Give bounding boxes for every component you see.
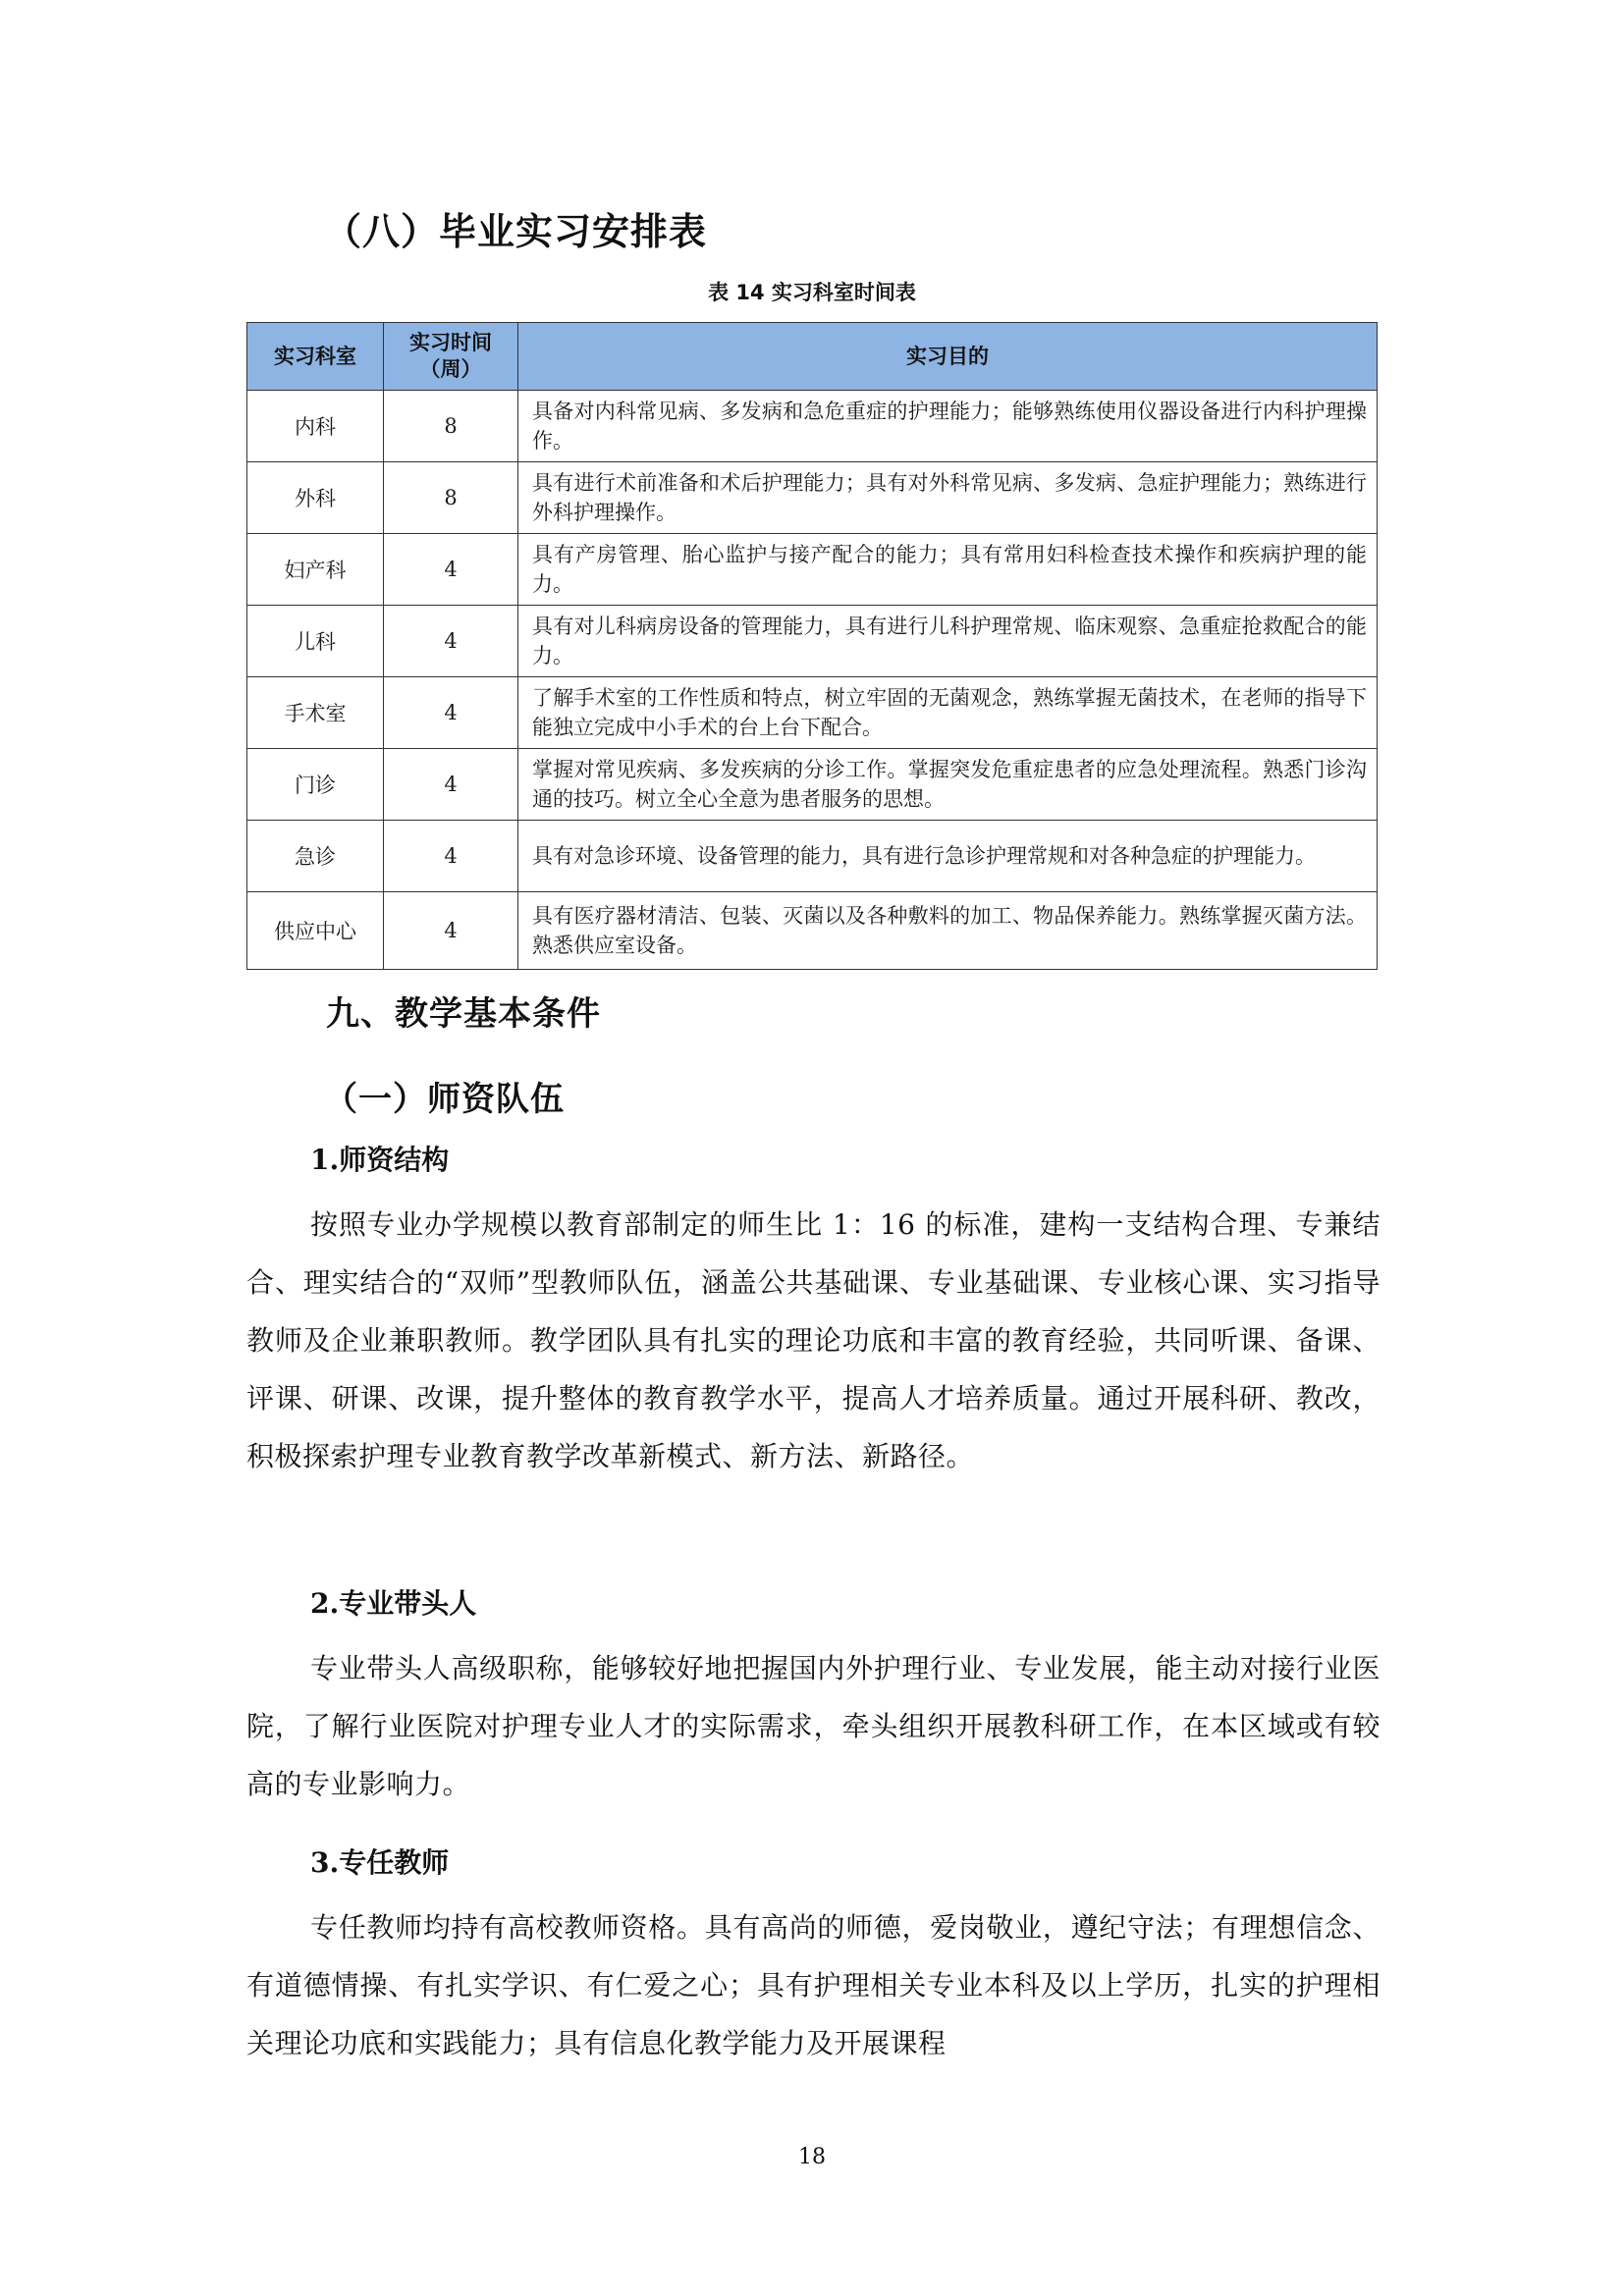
table-caption: 表 14 实习科室时间表 bbox=[0, 277, 1624, 306]
page-number: 18 bbox=[0, 2145, 1624, 2169]
column-header-weeks: 实习时间 （周） bbox=[384, 323, 518, 391]
column-header-weeks-line2: （周） bbox=[384, 356, 517, 383]
cell-purpose: 具有进行术前准备和术后护理能力；具有对外科常见病、多发病、急症护理能力；熟练进行… bbox=[518, 462, 1378, 534]
table-row: 妇产科 4 具有产房管理、胎心监护与接产配合的能力；具有常用妇科检查技术操作和疾… bbox=[247, 534, 1378, 606]
cell-purpose: 具备对内科常见病、多发病和急危重症的护理能力；能够熟练使用仪器设备进行内科护理操… bbox=[518, 391, 1378, 462]
cell-purpose: 具有对儿科病房设备的管理能力，具有进行儿科护理常规、临床观察、急重症抢救配合的能… bbox=[518, 606, 1378, 677]
cell-weeks: 4 bbox=[384, 534, 518, 606]
cell-weeks: 4 bbox=[384, 677, 518, 749]
document-page: （八）毕业实习安排表 表 14 实习科室时间表 实习科室 实习时间 （周） 实习… bbox=[0, 0, 1624, 2296]
column-header-purpose: 实习目的 bbox=[518, 323, 1378, 391]
cell-weeks: 8 bbox=[384, 462, 518, 534]
cell-weeks: 4 bbox=[384, 606, 518, 677]
table-row: 门诊 4 掌握对常见疾病、多发疾病的分诊工作。掌握突发危重症患者的应急处理流程。… bbox=[247, 749, 1378, 821]
cell-purpose: 具有对急诊环境、设备管理的能力，具有进行急诊护理常规和对各种急症的护理能力。 bbox=[518, 821, 1378, 892]
table-row: 儿科 4 具有对儿科病房设备的管理能力，具有进行儿科护理常规、临床观察、急重症抢… bbox=[247, 606, 1378, 677]
table-header-row: 实习科室 实习时间 （周） 实习目的 bbox=[247, 323, 1378, 391]
paragraph-program-leader: 专业带头人高级职称，能够较好地把握国内外护理行业、专业发展，能主动对接行业医院，… bbox=[246, 1639, 1380, 1813]
item-title-teacher-structure: 1.师资结构 bbox=[310, 1139, 449, 1178]
paragraph-fulltime-teachers: 专任教师均持有高校教师资格。具有高尚的师德，爱岗敬业，遵纪守法；有理想信念、有道… bbox=[246, 1898, 1380, 2072]
table-row: 供应中心 4 具有医疗器材清洁、包装、灭菌以及各种敷料的加工、物品保养能力。熟练… bbox=[247, 892, 1378, 970]
paragraph-teacher-structure: 按照专业办学规模以教育部制定的师生比 1：16 的标准，建构一支结构合理、专兼结… bbox=[246, 1196, 1380, 1485]
item-title-program-leader: 2.专业带头人 bbox=[310, 1582, 476, 1622]
section-heading: （八）毕业实习安排表 bbox=[324, 201, 707, 255]
cell-dept: 门诊 bbox=[247, 749, 384, 821]
table-row: 内科 8 具备对内科常见病、多发病和急危重症的护理能力；能够熟练使用仪器设备进行… bbox=[247, 391, 1378, 462]
cell-purpose: 具有产房管理、胎心监护与接产配合的能力；具有常用妇科检查技术操作和疾病护理的能力… bbox=[518, 534, 1378, 606]
subsection-heading: （一）师资队伍 bbox=[324, 1072, 565, 1120]
chapter-heading: 九、教学基本条件 bbox=[326, 987, 601, 1035]
cell-dept: 外科 bbox=[247, 462, 384, 534]
table-row: 手术室 4 了解手术室的工作性质和特点，树立牢固的无菌观念，熟练掌握无菌技术，在… bbox=[247, 677, 1378, 749]
cell-dept: 急诊 bbox=[247, 821, 384, 892]
cell-weeks: 4 bbox=[384, 821, 518, 892]
table-row: 急诊 4 具有对急诊环境、设备管理的能力，具有进行急诊护理常规和对各种急症的护理… bbox=[247, 821, 1378, 892]
cell-dept: 供应中心 bbox=[247, 892, 384, 970]
cell-weeks: 8 bbox=[384, 391, 518, 462]
cell-dept: 内科 bbox=[247, 391, 384, 462]
cell-purpose: 了解手术室的工作性质和特点，树立牢固的无菌观念，熟练掌握无菌技术，在老师的指导下… bbox=[518, 677, 1378, 749]
cell-dept: 手术室 bbox=[247, 677, 384, 749]
cell-weeks: 4 bbox=[384, 749, 518, 821]
internship-schedule-table: 实习科室 实习时间 （周） 实习目的 内科 8 具备对内科常见病、多发病和急危重… bbox=[246, 322, 1378, 970]
column-header-weeks-line1: 实习时间 bbox=[384, 330, 517, 356]
cell-purpose: 具有医疗器材清洁、包装、灭菌以及各种敷料的加工、物品保养能力。熟练掌握灭菌方法。… bbox=[518, 892, 1378, 970]
column-header-dept: 实习科室 bbox=[247, 323, 384, 391]
cell-dept: 妇产科 bbox=[247, 534, 384, 606]
item-title-fulltime-teachers: 3.专任教师 bbox=[310, 1842, 449, 1881]
cell-weeks: 4 bbox=[384, 892, 518, 970]
cell-dept: 儿科 bbox=[247, 606, 384, 677]
table-row: 外科 8 具有进行术前准备和术后护理能力；具有对外科常见病、多发病、急症护理能力… bbox=[247, 462, 1378, 534]
cell-purpose: 掌握对常见疾病、多发疾病的分诊工作。掌握突发危重症患者的应急处理流程。熟悉门诊沟… bbox=[518, 749, 1378, 821]
